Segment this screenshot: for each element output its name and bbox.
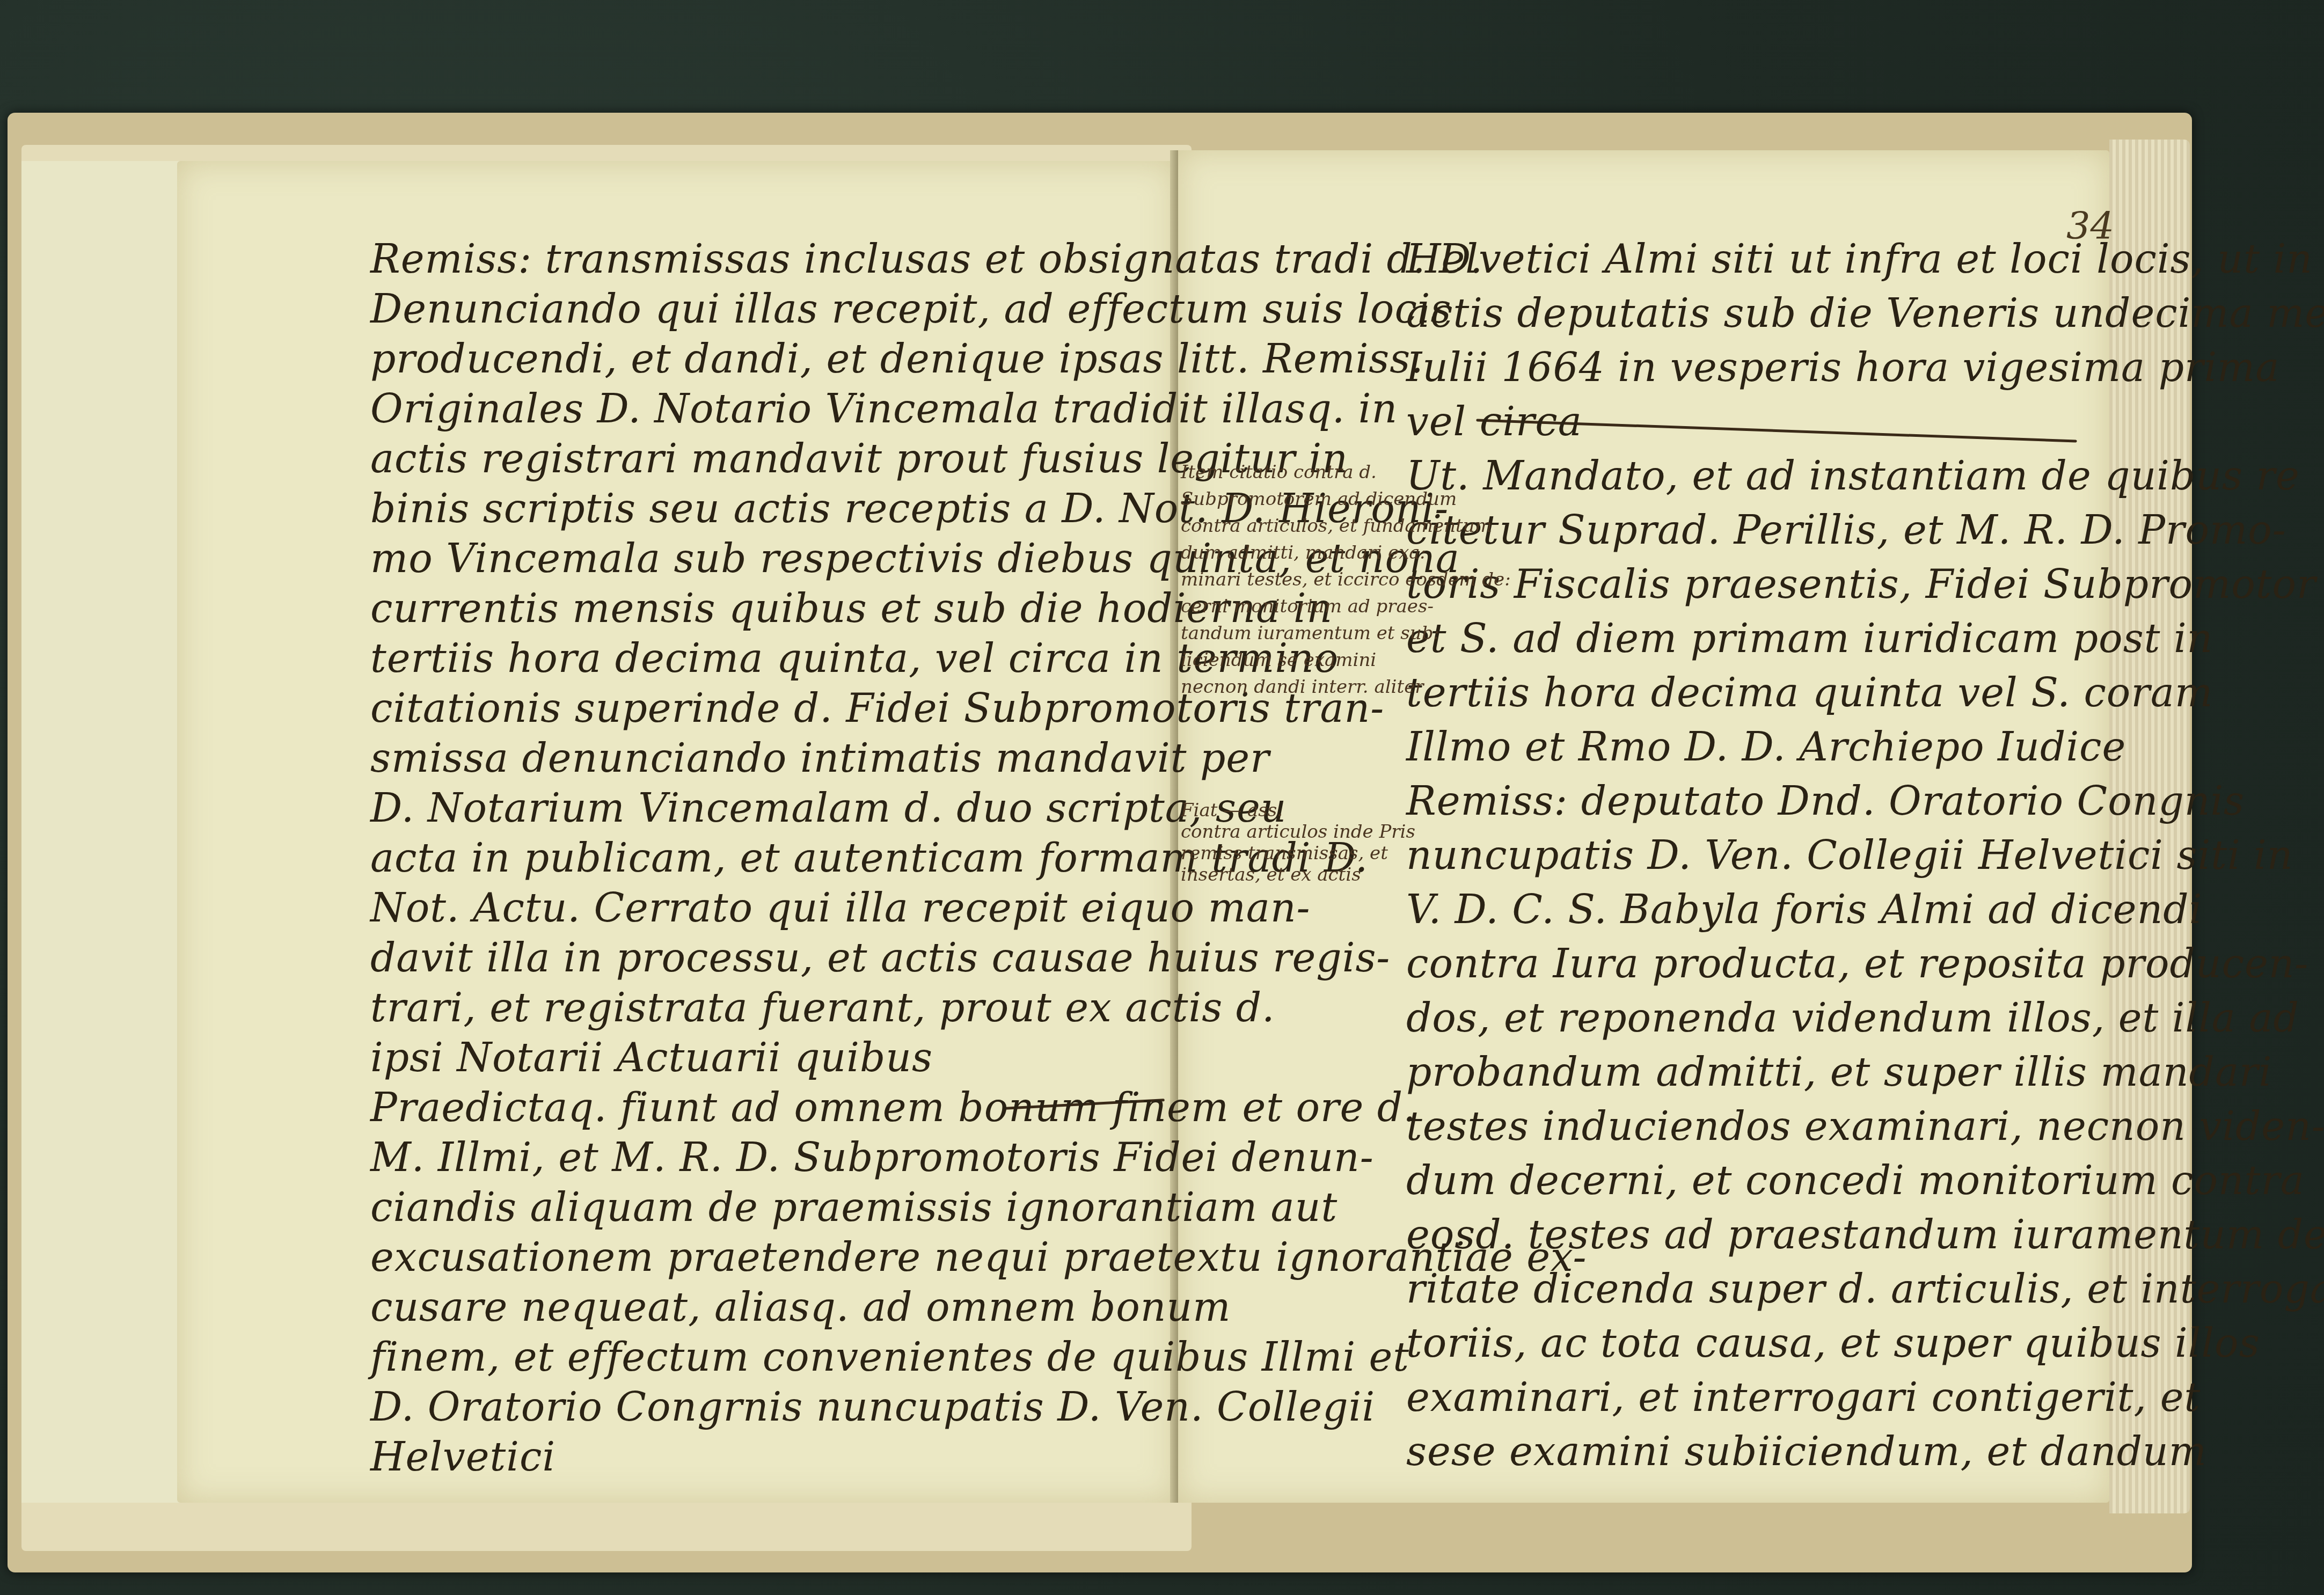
- manuscript-line: probandum admitti, et super illis mandar…: [1406, 1049, 2272, 1095]
- manuscript-line: Illmo et Rmo D. D. Archiepo Iudice: [1406, 724, 2126, 770]
- manuscript-line: Not. Actu. Cerrato qui illa recepit eiqu…: [370, 885, 1311, 931]
- manuscript-line: V. D. C. S. Babyla foris Almi ad dicendi: [1406, 887, 2202, 933]
- manuscript-line: toriis, ac tota causa, et super quibus i…: [1406, 1320, 2260, 1366]
- manuscript-line: eosd. testes ad praestandum iuramentum d…: [1406, 1212, 2324, 1258]
- margin-note-line: insertas, et ex actis: [1181, 864, 1361, 886]
- manuscript-line: citetur Suprad. Perillis, et M. R. D. Pr…: [1406, 507, 2286, 553]
- manuscript-line: vel circa: [1406, 399, 1582, 445]
- manuscript-line: Originales D. Notario Vincemala tradidit…: [370, 386, 1398, 432]
- manuscript-line: Helvetici Almi siti ut infra et loci loc…: [1406, 236, 2313, 282]
- margin-note-line: cerni monitorium ad praes-: [1181, 596, 1434, 617]
- manuscript-line: ritate dicenda super d. articulis, et in…: [1406, 1266, 2324, 1312]
- manuscript-line: finem, et effectum convenientes de quibu…: [370, 1334, 1409, 1380]
- manuscript-line: Denunciando qui illas recepit, ad effect…: [370, 286, 1452, 332]
- margin-note-line: Subpromotorem ad dicendum: [1181, 488, 1457, 510]
- margin-note-line: necnon dandi interr. aliter: [1181, 676, 1424, 698]
- manuscript-line: Iulii 1664 in vesperis hora vigesima pri…: [1406, 345, 2279, 391]
- manuscript-line: dum decerni, et concedi monitorium contr…: [1406, 1158, 2305, 1204]
- manuscript-line: toris Fiscalis praesentis, Fidei Subprom…: [1406, 561, 2316, 608]
- margin-note-line: tandum iuramentum et sub:: [1181, 623, 1439, 644]
- manuscript-line: M. Illmi, et M. R. D. Subpromotoris Fide…: [370, 1135, 1374, 1181]
- manuscript-line: tertiis hora decima quinta vel S. coram: [1406, 670, 2213, 716]
- manuscript-line: D. Oratorio Congrnis nuncupatis D. Ven. …: [370, 1384, 1375, 1430]
- margin-note-line: iiciendum se examini: [1181, 649, 1376, 671]
- margin-note-line: dum admitti, mandari exa:: [1181, 542, 1426, 564]
- margin-note-line: remiss transmissas, et: [1181, 843, 1388, 864]
- manuscript-line: actis deputatis sub die Veneris undecima…: [1406, 290, 2324, 336]
- manuscript-line: Praedictaq. fiunt ad omnem bonum finem e…: [370, 1085, 1416, 1131]
- manuscript-line: dos, et reponenda videndum illos, et ill…: [1406, 995, 2299, 1041]
- manuscript-line: examinari, et interrogari contigerit, et: [1406, 1374, 2201, 1421]
- manuscript-line: et S. ad diem primam iuridicam post in: [1406, 616, 2213, 662]
- margin-note-line: minari testes, et iccirco eosdem de:: [1181, 569, 1511, 590]
- manuscript-line: nuncupatis D. Ven. Collegii Helvetici si…: [1406, 832, 2293, 879]
- manuscript-line: sese examini subiiciendum, et dandum: [1406, 1429, 2207, 1475]
- margin-note-line: Fiat — ass.: [1181, 800, 1283, 821]
- flyleaf: [21, 161, 184, 1503]
- manuscript-line: Remiss: deputato Dnd. Oratorio Congnis: [1406, 778, 2245, 824]
- manuscript-line: contra Iura producta, et reposita produc…: [1406, 941, 2308, 987]
- manuscript-line: testes induciendos examinari, necnon vid…: [1406, 1103, 2324, 1150]
- manuscript-line: trari, et registrata fuerant, prout ex a…: [370, 985, 1275, 1031]
- margin-note-line: contra articulos, et fundamentum: [1181, 515, 1492, 537]
- manuscript-line: D. Notarium Vincemalam d. duo scripta, s…: [370, 785, 1287, 831]
- manuscript-line: smissa denunciando intimatis mandavit pe…: [370, 735, 1270, 781]
- manuscript-line: cusare nequeat, aliasq. ad omnem bonum: [370, 1284, 1231, 1330]
- margin-note-line: Item citatio contra d.: [1181, 462, 1377, 483]
- manuscript-line: Helvetici: [370, 1434, 556, 1480]
- margin-note-line: contra articulos inde Pris: [1181, 821, 1415, 843]
- manuscript-line: ciandis aliquam de praemissis ignorantia…: [370, 1184, 1338, 1231]
- manuscript-line: davit illa in processu, et actis causae …: [370, 935, 1390, 981]
- manuscript-line: ipsi Notarii Actuarii quibus: [370, 1035, 933, 1081]
- manuscript-line: Remiss: transmissas inclusas et obsignat…: [370, 236, 1483, 282]
- manuscript-line: Ut. Mandato, et ad instantiam de quibus …: [1406, 453, 2300, 499]
- manuscript-line: excusationem praetendere nequi praetextu…: [370, 1234, 1587, 1281]
- manuscript-line: producendi, et dandi, et denique ipsas l…: [370, 336, 1424, 382]
